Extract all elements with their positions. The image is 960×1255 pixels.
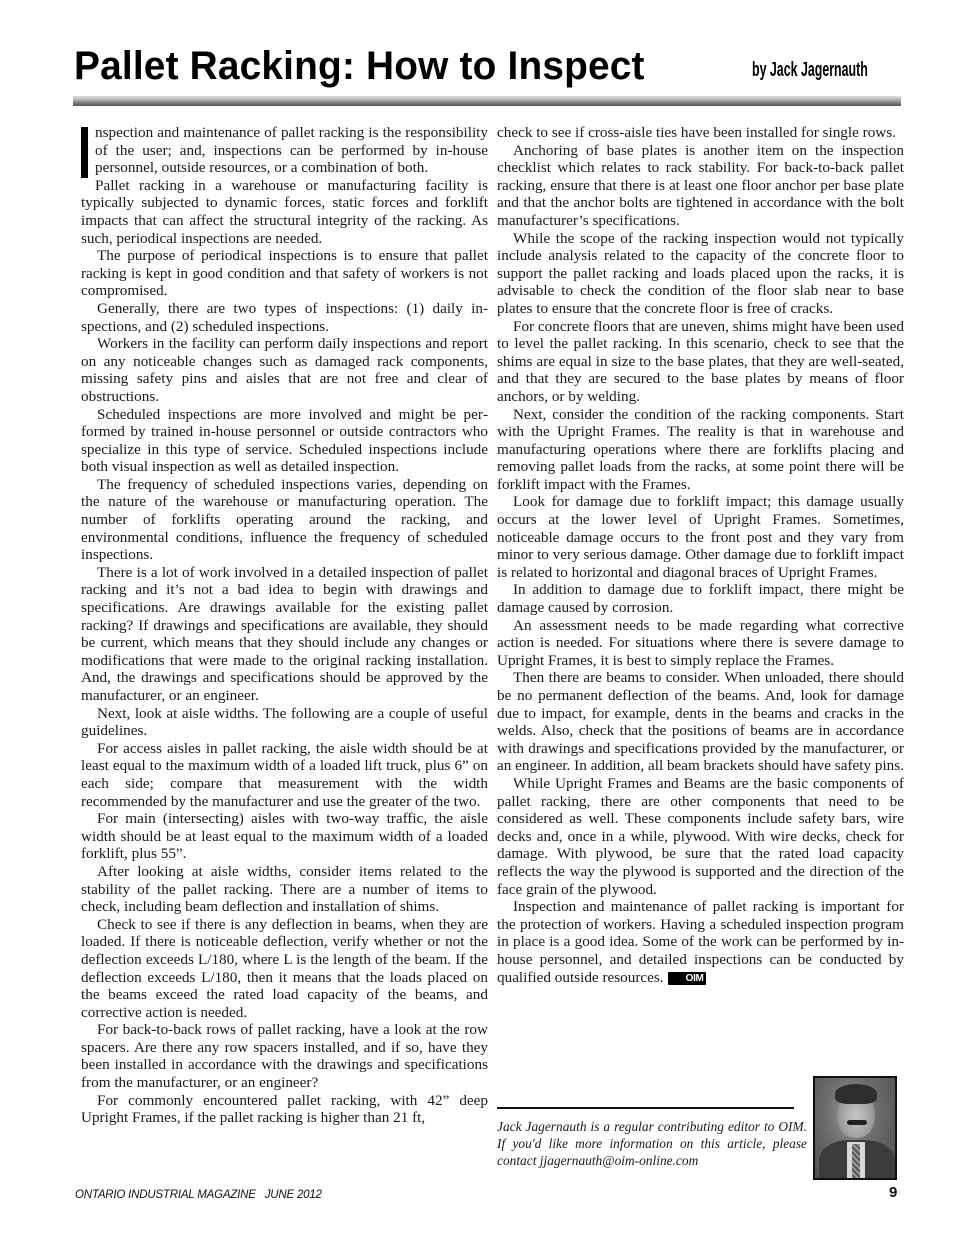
article-paragraph: The purpose of periodical inspections is… bbox=[81, 247, 488, 300]
article-column-left: nspection and maintenance of pallet rack… bbox=[81, 124, 488, 1127]
article-paragraph: nspection and maintenance of pallet rack… bbox=[81, 124, 488, 177]
footer-publication: ONTARIO INDUSTRIAL MAGAZINE JUNE 2012 bbox=[75, 1188, 322, 1202]
article-paragraph: While Upright Frames and Beams are the b… bbox=[497, 775, 904, 898]
header-divider bbox=[73, 96, 901, 106]
article-paragraph: Scheduled inspections are more involved … bbox=[81, 406, 488, 476]
article-paragraph: The frequency of scheduled inspections v… bbox=[81, 476, 488, 564]
article-paragraph: check to see if cross-aisle ties have be… bbox=[497, 124, 904, 142]
article-paragraph: Pallet racking in a warehouse or manufac… bbox=[81, 177, 488, 247]
article-paragraph: Workers in the facility can perform dail… bbox=[81, 335, 488, 405]
author-bio: Jack Jagernauth is a regular contributin… bbox=[497, 1118, 807, 1170]
article-paragraph: After looking at aisle widths, consider … bbox=[81, 863, 488, 916]
article-paragraph-final: Inspection and maintenance of pallet rac… bbox=[497, 898, 904, 986]
article-paragraph: Check to see if there is any deflection … bbox=[81, 916, 488, 1022]
dropcap-letter-i bbox=[81, 127, 88, 178]
article-paragraph: For main (intersecting) aisles with two-… bbox=[81, 810, 488, 863]
article-paragraph: Generally, there are two types of inspec… bbox=[81, 300, 488, 335]
article-paragraph: Look for damage due to forklift impact; … bbox=[497, 493, 904, 581]
article-paragraph: Next, consider the condition of the rack… bbox=[497, 406, 904, 494]
article-column-right: check to see if cross-aisle ties have be… bbox=[497, 124, 904, 986]
oim-end-mark-icon: OIM bbox=[668, 972, 706, 985]
article-paragraph: Anchoring of base plates is another item… bbox=[497, 142, 904, 230]
article-paragraph: Next, look at aisle widths. The followin… bbox=[81, 705, 488, 740]
article-paragraph: Then there are beams to consider. When u… bbox=[497, 669, 904, 775]
article-paragraph: For access aisles in pallet racking, the… bbox=[81, 740, 488, 810]
page-number: 9 bbox=[889, 1185, 897, 1201]
article-paragraph: For concrete floors that are uneven, shi… bbox=[497, 318, 904, 406]
article-paragraph: An assessment needs to be made regarding… bbox=[497, 617, 904, 670]
author-photo bbox=[813, 1076, 897, 1180]
bio-divider bbox=[497, 1107, 794, 1109]
article-paragraph: There is a lot of work involved in a det… bbox=[81, 564, 488, 705]
article-paragraph: For commonly encountered pallet racking,… bbox=[81, 1092, 488, 1127]
author-byline: by Jack Jagernauth bbox=[752, 58, 868, 82]
article-title: Pallet Racking: How to Inspect bbox=[74, 42, 645, 90]
article-paragraph: In addition to damage due to forklift im… bbox=[497, 581, 904, 616]
article-paragraph: For back-to-back rows of pallet racking,… bbox=[81, 1021, 488, 1091]
article-paragraph: While the scope of the racking inspectio… bbox=[497, 230, 904, 318]
